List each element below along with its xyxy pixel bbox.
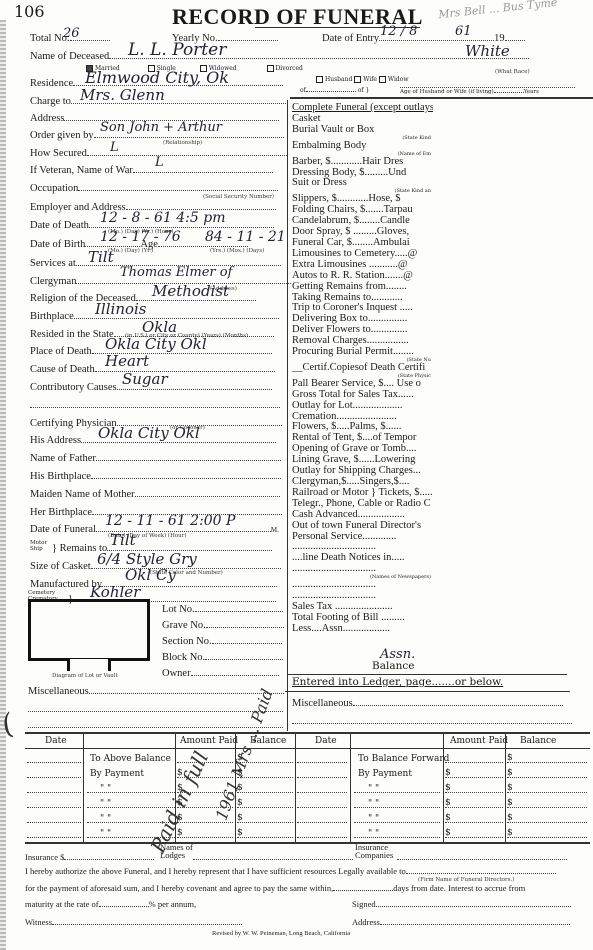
currency-symbol: $ bbox=[507, 813, 513, 823]
lot-diagram-opening bbox=[70, 659, 110, 667]
ledger-cell[interactable] bbox=[27, 777, 81, 778]
left-row-1: By Payment bbox=[90, 769, 144, 779]
ledger-cell[interactable] bbox=[354, 822, 440, 823]
lot-diagram-caption: Diagram of Lot or Vault bbox=[52, 673, 118, 679]
ledger-cell[interactable] bbox=[297, 792, 347, 793]
top-rule bbox=[290, 97, 593, 99]
physician-address-label: His Address bbox=[30, 435, 81, 446]
days-text: days from date. Interest to accrue from bbox=[393, 883, 525, 893]
misc-right-field: Miscellaneous bbox=[292, 696, 563, 710]
father-birthplace-label: His Birthplace bbox=[30, 471, 91, 482]
block-no-label: Block No. bbox=[162, 652, 205, 663]
ledger-cell[interactable] bbox=[27, 762, 81, 763]
right-amount-header: Amount Paid bbox=[450, 736, 508, 746]
residence-label: Residence bbox=[30, 78, 73, 89]
cause-of-death-label: Cause of Death bbox=[30, 364, 95, 375]
authorization-line-1: I hereby authorize the above Funeral, an… bbox=[25, 866, 556, 876]
husband-checkbox[interactable] bbox=[316, 76, 323, 83]
right-date-header: Date bbox=[315, 736, 337, 746]
clergyman-label: Clergyman bbox=[30, 276, 76, 287]
ledger-cell[interactable] bbox=[445, 792, 503, 793]
charge-item: Cash Advanced.................. bbox=[288, 510, 433, 521]
misc-left-field: Miscellaneous bbox=[28, 684, 284, 698]
lot-no-label: Lot No. bbox=[162, 604, 195, 615]
currency-symbol: $ bbox=[507, 753, 513, 763]
ledger-cell[interactable] bbox=[445, 822, 503, 823]
currency-symbol: $ bbox=[507, 783, 513, 793]
physician-address-value[interactable]: Okla City Okl bbox=[98, 424, 200, 442]
ledger-cell[interactable] bbox=[297, 762, 347, 763]
witness-field[interactable]: Witness bbox=[25, 917, 242, 927]
cause-of-death-value[interactable]: Heart bbox=[105, 352, 149, 370]
ledger-cell[interactable] bbox=[27, 837, 81, 838]
meridiem-suffix: M. bbox=[271, 526, 279, 534]
charge-item: Outlay for Lot................... bbox=[288, 401, 433, 412]
ledger-cell[interactable] bbox=[445, 762, 503, 763]
residence-value[interactable]: Elmwood City, Ok bbox=[85, 68, 229, 87]
charge-item: Out of town Funeral Director's bbox=[288, 521, 433, 532]
currency-symbol: $ bbox=[237, 798, 243, 808]
ledger-cell[interactable] bbox=[237, 807, 293, 808]
veteran-war-value[interactable]: L bbox=[155, 155, 164, 170]
ledger-cell[interactable] bbox=[87, 792, 175, 793]
mother-birthplace-label: Her Birthplace bbox=[30, 507, 92, 518]
contributory-causes-value[interactable]: Sugar bbox=[122, 370, 168, 388]
birthplace-label: Birthplace bbox=[30, 311, 74, 322]
currency-symbol: $ bbox=[237, 753, 243, 763]
date-of-death-label: Date of Death bbox=[30, 220, 89, 231]
motor-ship-label: Motor Ship bbox=[30, 540, 47, 552]
date-of-birth-label: Date of Birth bbox=[30, 239, 85, 250]
block-no-field: Block No. bbox=[162, 650, 283, 664]
ledger-cell[interactable] bbox=[297, 807, 347, 808]
name-of-deceased-value[interactable]: L. L. Porter bbox=[128, 40, 226, 60]
how-secured-value[interactable]: L bbox=[110, 140, 119, 155]
per-annum-text: % per annum, bbox=[149, 899, 196, 909]
ledger-cell[interactable] bbox=[237, 837, 293, 838]
birthplace-value[interactable]: Illinois bbox=[95, 300, 147, 318]
date-of-birth-caption: (Mo.) (Day) (Yr.) bbox=[108, 248, 153, 254]
ledger-cell[interactable] bbox=[27, 822, 81, 823]
charge-item: Getting Remains from........ bbox=[288, 282, 433, 293]
date-of-funeral-value[interactable]: 12 - 11 - 61 2:00 P bbox=[105, 513, 235, 529]
ledger-cell[interactable] bbox=[507, 822, 587, 823]
address-sign-label: Address bbox=[352, 917, 380, 927]
date-of-birth-value[interactable]: 12 - 17 - 76 bbox=[100, 229, 181, 245]
place-of-death-value[interactable]: Okla City Okl bbox=[105, 335, 207, 353]
occupation-field: Occupation bbox=[30, 181, 278, 195]
insurance-companies-dots bbox=[397, 852, 567, 862]
authorization-line-2: for the payment of aforesaid sum, and I … bbox=[25, 883, 525, 893]
owner-label: Owner bbox=[162, 668, 191, 679]
ledger-cell[interactable] bbox=[354, 837, 440, 838]
remains-to-value[interactable]: Tilt bbox=[110, 531, 136, 549]
lodges-dots bbox=[193, 852, 353, 862]
place-of-death-label: Place of Death bbox=[30, 346, 92, 357]
father-name-field: Name of Father bbox=[30, 451, 281, 465]
ledger-cell[interactable] bbox=[507, 792, 587, 793]
name-of-deceased-field: Name of Deceased bbox=[30, 49, 529, 63]
misc-left-label: Miscellaneous bbox=[28, 686, 89, 697]
occupation-label: Occupation bbox=[30, 183, 78, 194]
resided-state-label: Resided in the State bbox=[30, 329, 114, 340]
right-row-0: To Balance Forward bbox=[358, 754, 449, 764]
less-assn-value[interactable]: Assn. bbox=[380, 647, 415, 662]
grave-no-field: Grave No. bbox=[162, 618, 284, 632]
wife-label: Wife bbox=[363, 76, 377, 83]
ledger-cell[interactable] bbox=[354, 792, 440, 793]
insurance-field: Insurance $ bbox=[25, 852, 154, 862]
section-no-field: Section No. bbox=[162, 634, 282, 648]
insurance-companies-label: Insurance Companies bbox=[355, 843, 393, 859]
misc-right-line2 bbox=[292, 714, 572, 728]
ledger-cell[interactable] bbox=[507, 777, 587, 778]
ledger-cell[interactable] bbox=[177, 837, 233, 838]
mother-maiden-name-label: Maiden Name of Mother bbox=[30, 489, 135, 500]
authorization-text-2: for the payment of aforesaid sum, and I … bbox=[25, 883, 333, 893]
currency-symbol: $ bbox=[445, 768, 451, 778]
address-sign-field[interactable]: Address bbox=[352, 917, 570, 927]
insurance-label: Insurance $ bbox=[25, 852, 64, 862]
currency-symbol: $ bbox=[237, 828, 243, 838]
mother-maiden-name-field: Maiden Name of Mother bbox=[30, 487, 280, 501]
ledger-cell[interactable] bbox=[237, 792, 293, 793]
order-given-by-label: Order given by bbox=[30, 130, 94, 141]
section-no-label: Section No. bbox=[162, 636, 212, 647]
currency-symbol: $ bbox=[445, 813, 451, 823]
right-misc-divider bbox=[287, 691, 288, 731]
ledger-cell[interactable] bbox=[507, 837, 587, 838]
manufactured-by-value[interactable]: Okl Cy bbox=[125, 566, 176, 584]
payment-ledger: Date Amount Paid Balance Date Amount Pai… bbox=[25, 732, 590, 844]
grave-no-label: Grave No. bbox=[162, 620, 206, 631]
signed-label: Signed bbox=[352, 899, 376, 909]
pencil-note: Mrs Bell ... Bus Tyme bbox=[438, 0, 558, 21]
clergyman-value[interactable]: Thomas Elmer of bbox=[120, 265, 232, 280]
ledger-cell[interactable] bbox=[297, 777, 347, 778]
currency-symbol: $ bbox=[445, 783, 451, 793]
left-date-header: Date bbox=[45, 736, 67, 746]
page-edge bbox=[0, 20, 6, 950]
veteran-war-field: If Veteran, Name of War bbox=[30, 163, 273, 177]
religion-value[interactable]: Methodist bbox=[152, 282, 229, 300]
left-amount-header: Amount Paid bbox=[180, 736, 238, 746]
currency-symbol: $ bbox=[445, 798, 451, 808]
date-of-death-value[interactable]: 12 - 8 - 61 4:5 pm bbox=[100, 210, 225, 226]
right-row-1: By Payment bbox=[358, 769, 412, 779]
contributory-causes-label: Contributory Causes bbox=[30, 382, 117, 393]
currency-symbol: $ bbox=[507, 768, 513, 778]
ledger-cell[interactable] bbox=[237, 822, 293, 823]
ledger-cell[interactable] bbox=[87, 807, 175, 808]
veteran-war-label: If Veteran, Name of War bbox=[30, 165, 133, 176]
signed-field[interactable]: Signed bbox=[352, 899, 571, 909]
race-caption: (What Race) bbox=[495, 69, 530, 75]
lot-no-field: Lot No. bbox=[162, 602, 283, 616]
date-of-funeral-label: Date of Funeral bbox=[30, 524, 96, 535]
lot-diagram bbox=[28, 599, 150, 661]
father-name-label: Name of Father bbox=[30, 453, 96, 464]
date-of-entry-value[interactable]: 12 / 8 bbox=[380, 24, 417, 39]
ledger-header-rule bbox=[25, 748, 590, 749]
charge-item: Embalming Body bbox=[288, 141, 433, 152]
charge-item: Autos to R. R. Station.......@ bbox=[288, 271, 433, 282]
services-at-label: Services at bbox=[30, 258, 76, 269]
charges-column: Complete Funeral (except outlaysCasketBu… bbox=[287, 100, 433, 700]
currency-symbol: $ bbox=[237, 783, 243, 793]
ledger-bottom-rule bbox=[25, 842, 590, 844]
race-value[interactable]: White bbox=[465, 42, 510, 60]
authorization-text-1: I hereby authorize the above Funeral, an… bbox=[25, 866, 406, 876]
ledger-cell[interactable] bbox=[27, 807, 81, 808]
ledger-cell[interactable] bbox=[297, 822, 347, 823]
total-no-value[interactable]: 26 bbox=[63, 26, 80, 41]
services-at-value[interactable]: Tilt bbox=[88, 248, 114, 266]
currency-symbol: $ bbox=[237, 768, 243, 778]
charge-to-label: Charge to bbox=[30, 96, 71, 107]
ledger-cell[interactable] bbox=[27, 792, 81, 793]
ledger-cell[interactable] bbox=[237, 777, 293, 778]
date-of-entry-year[interactable]: 61 bbox=[455, 24, 472, 39]
age-caption: (Yrs.) (Mos.) (Days) bbox=[210, 248, 264, 254]
wife-checkbox[interactable] bbox=[354, 76, 361, 83]
funeral-record-page: 106 RECORD OF FUNERAL Mrs Bell ... Bus T… bbox=[0, 0, 593, 950]
divorced-label: Divorced bbox=[276, 65, 303, 72]
charge-to-value[interactable]: Mrs. Glenn bbox=[80, 86, 165, 104]
right-balance-header: Balance bbox=[520, 736, 556, 746]
age-value[interactable]: 84 - 11 - 21 bbox=[205, 229, 286, 245]
widow-checkbox[interactable] bbox=[379, 76, 386, 83]
casket-size-label: Size of Casket bbox=[30, 561, 91, 572]
address-label: Address bbox=[30, 113, 64, 124]
currency-symbol: $ bbox=[507, 828, 513, 838]
currency-symbol: $ bbox=[445, 828, 451, 838]
left-balance-header: Balance bbox=[250, 736, 286, 746]
husband-label: Husband bbox=[325, 76, 352, 83]
left-row-0: To Above Balance bbox=[90, 754, 171, 764]
order-given-by-value[interactable]: Son John + Arthur bbox=[100, 120, 222, 135]
balance-rule bbox=[287, 674, 567, 675]
ledger-cell[interactable] bbox=[507, 762, 587, 763]
charge-item: Less....Assn.................. bbox=[288, 624, 433, 635]
currency-symbol: $ bbox=[237, 813, 243, 823]
charge-item: Barber, $............Hair Dres bbox=[288, 157, 433, 168]
lot-diagram-post-left bbox=[67, 659, 70, 671]
ledger-cell[interactable] bbox=[354, 807, 440, 808]
misc-left-line2 bbox=[28, 702, 283, 716]
ledger-entry-rule bbox=[285, 691, 570, 692]
ledger-cell[interactable] bbox=[237, 762, 293, 763]
lot-diagram-post-right bbox=[108, 659, 111, 671]
lodges-label: Names of Lodges bbox=[160, 843, 193, 859]
authorization-line-3: maturity at the rate of% per annum, bbox=[25, 899, 196, 909]
ledger-cell[interactable] bbox=[445, 807, 503, 808]
age-spouse-dots bbox=[400, 79, 575, 92]
witness-label: Witness bbox=[25, 917, 52, 927]
father-birthplace-field: His Birthplace bbox=[30, 469, 281, 483]
owner-field: Owner bbox=[162, 666, 279, 680]
ledger-cell[interactable] bbox=[507, 807, 587, 808]
name-of-deceased-label: Name of Deceased bbox=[30, 51, 109, 62]
revised-by: Revised by W. W. Peineman, Long Beach, C… bbox=[212, 930, 350, 937]
spouse-of-line: of of } bbox=[300, 84, 369, 97]
how-secured-label: How Secured bbox=[30, 148, 87, 159]
page-number: 106 bbox=[14, 2, 45, 21]
misc-right-label: Miscellaneous bbox=[292, 698, 353, 709]
divorced-checkbox[interactable] bbox=[267, 65, 274, 72]
ledger-cell[interactable] bbox=[297, 837, 347, 838]
currency-symbol: $ bbox=[507, 798, 513, 808]
contributory-causes-line2 bbox=[30, 398, 280, 412]
ledger-cell[interactable] bbox=[445, 777, 503, 778]
authorization-text-3: maturity at the rate of bbox=[25, 899, 99, 909]
ledger-cell[interactable] bbox=[177, 822, 233, 823]
ledger-cell[interactable] bbox=[445, 837, 503, 838]
ledger-entry-label: Entered into Ledger, page.......or below… bbox=[292, 676, 503, 689]
date-of-entry-label: Date of Entry bbox=[322, 33, 379, 44]
